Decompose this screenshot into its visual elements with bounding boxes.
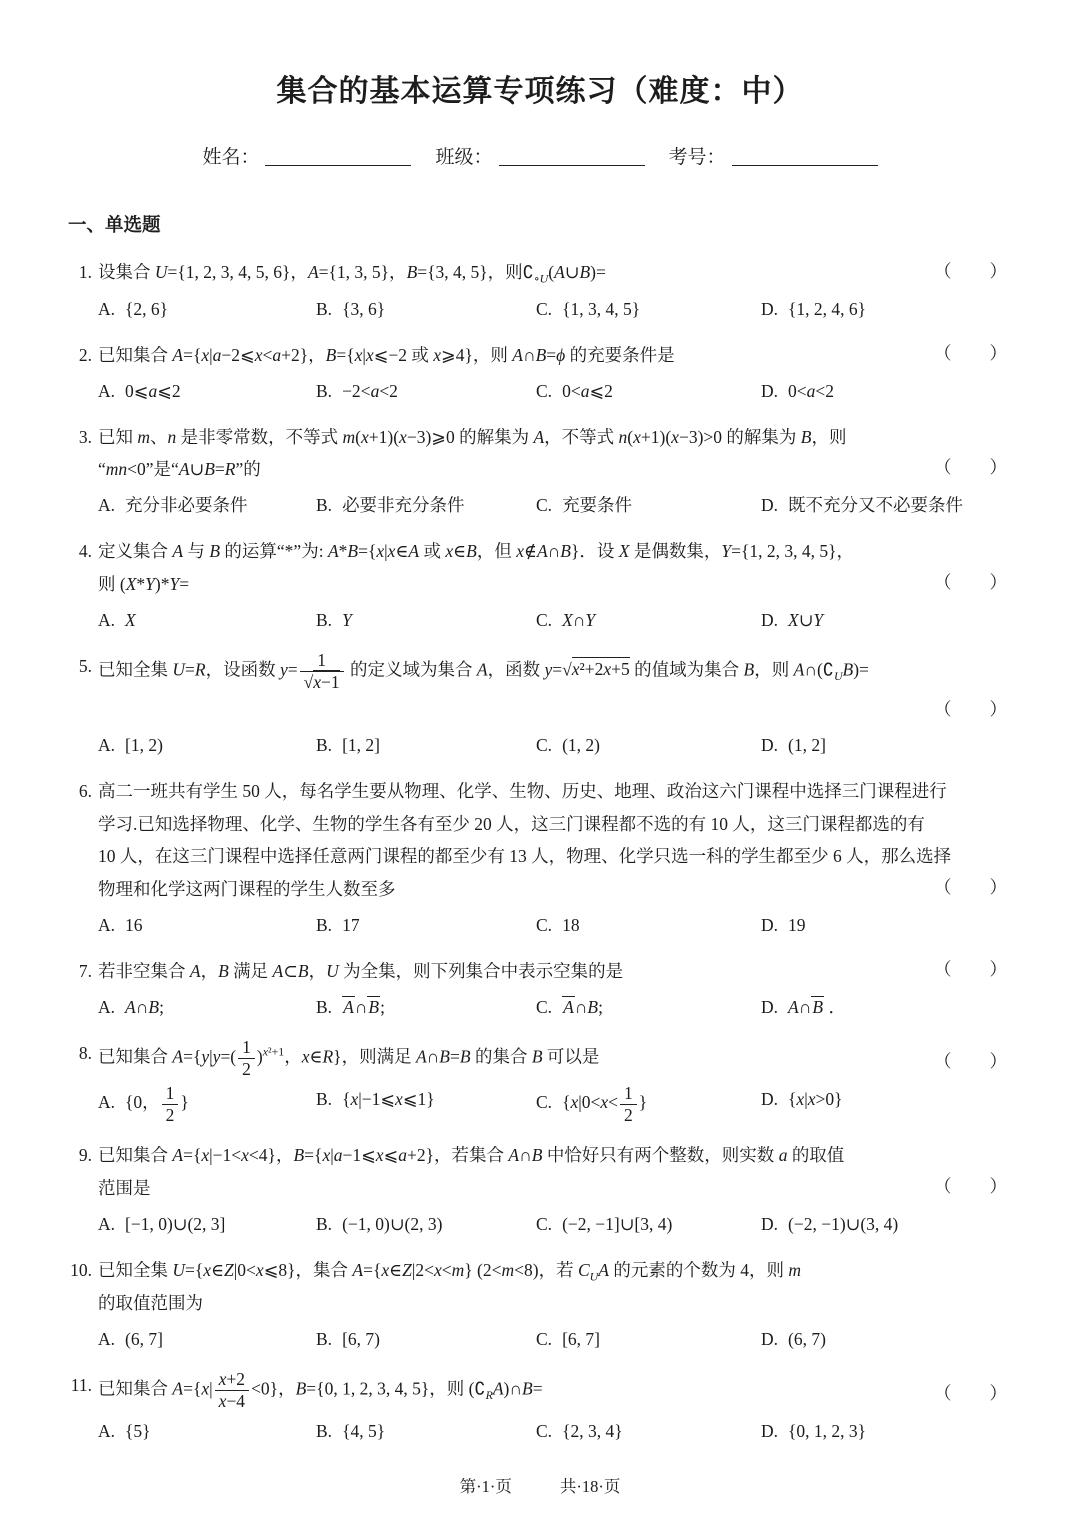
option-label: B. [316, 610, 332, 630]
option-text: (1, 2) [562, 735, 600, 755]
option-text: {4, 5} [342, 1421, 385, 1441]
option-label: C. [536, 1421, 552, 1441]
option-text: 必要非充分条件 [342, 495, 465, 515]
option-text: 0⩽a⩽2 [125, 381, 181, 401]
options-row: A.16B.17C.18D.19 [98, 909, 1010, 942]
option-label: B. [316, 915, 332, 935]
option-label: B. [316, 1329, 332, 1349]
options-row: A.[1, 2)B.[1, 2]C.(1, 2)D.(1, 2] [98, 729, 1010, 762]
name-blank [265, 147, 411, 166]
exam-no-field: 考号： [669, 142, 878, 169]
question-stem: 已知集合 A={x|−1<x<4}，B={x|a−1⩽x⩽a+2}，若集合 A∩… [98, 1139, 1010, 1205]
option-label: D. [761, 495, 778, 515]
option-label: A. [98, 610, 115, 630]
option-D: D.(−2, −1)∪(3, 4) [761, 1208, 1010, 1241]
option-D: D.0<a<2 [761, 375, 1010, 408]
question-number: 11. [68, 1369, 92, 1402]
questions-list: 1. 设集合 U={1, 2, 3, 4, 5, 6}，A={1, 3, 5}，… [0, 237, 1080, 1448]
option-label: A. [98, 735, 115, 755]
name-label: 姓名： [202, 147, 259, 168]
answer-bracket: （ ） [934, 255, 1008, 288]
section-title: 一、单选题 [68, 211, 1080, 237]
option-label: B. [316, 997, 332, 1017]
option-D: D.{1, 2, 4, 6} [761, 293, 1010, 326]
question-11: 11. 已知集合 A={x|x+2x−4<0}，B={0, 1, 2, 3, 4… [68, 1369, 1010, 1448]
question-stem: 已知 m、n 是非零常数，不等式 m(x+1)(x−3)⩾0 的解集为 A，不等… [98, 421, 1010, 487]
exam-no-label: 考号： [669, 147, 726, 168]
option-label: C. [536, 381, 552, 401]
option-B: B.A∩B; [316, 991, 536, 1024]
option-text: [6, 7] [562, 1329, 600, 1349]
question-3: 3. 已知 m、n 是非零常数，不等式 m(x+1)(x−3)⩾0 的解集为 A… [68, 421, 1010, 523]
option-C: C.(−2, −1]∪[3, 4) [536, 1208, 761, 1241]
option-label: C. [536, 1092, 552, 1112]
option-label: B. [316, 735, 332, 755]
answer-bracket: （ ） [934, 337, 1008, 370]
option-label: D. [761, 997, 778, 1017]
option-label: B. [316, 299, 332, 319]
question-stem: 已知集合 A={y|y=(12)x²+1，x∈R}，则满足 A∩B=B 的集合 … [98, 1037, 1010, 1080]
question-number: 5. [68, 650, 92, 683]
class-label: 班级： [435, 147, 492, 168]
option-label: A. [98, 381, 115, 401]
option-A: A.{2, 6} [98, 293, 316, 326]
option-B: B.{x|−1⩽x⩽1} [316, 1083, 536, 1126]
question-8: 8. 已知集合 A={y|y=(12)x²+1，x∈R}，则满足 A∩B=B 的… [68, 1037, 1010, 1126]
option-label: C. [536, 1329, 552, 1349]
option-label: D. [761, 735, 778, 755]
option-label: C. [536, 610, 552, 630]
option-text: {1, 3, 4, 5} [562, 299, 640, 319]
option-text: 充要条件 [562, 495, 632, 515]
question-stem: 已知集合 A={x|x+2x−4<0}，B={0, 1, 2, 3, 4, 5}… [98, 1369, 1010, 1412]
option-text: {1, 2, 4, 6} [788, 299, 866, 319]
option-text: (6, 7) [788, 1329, 826, 1349]
class-field: 班级： [435, 142, 644, 169]
option-A: A.(6, 7] [98, 1323, 316, 1356]
footer-total-pages: 共·18·页 [560, 1473, 621, 1497]
options-row: A.(6, 7]B.[6, 7)C.[6, 7]D.(6, 7) [98, 1323, 1010, 1356]
option-C: C.[6, 7] [536, 1323, 761, 1356]
option-D: D.X∪Y [761, 604, 1010, 637]
option-C: C.{2, 3, 4} [536, 1415, 761, 1448]
option-label: A. [98, 299, 115, 319]
question-9: 9. 已知集合 A={x|−1<x<4}，B={x|a−1⩽x⩽a+2}，若集合… [68, 1139, 1010, 1241]
options-row: A.XB.YC.X∩YD.X∪Y [98, 604, 1010, 637]
option-text: 既不充分又不必要条件 [788, 495, 963, 515]
options-row: A.充分非必要条件B.必要非充分条件C.充要条件D.既不充分又不必要条件 [98, 489, 1010, 522]
answer-bracket: （ ） [934, 871, 1008, 904]
question-stem: 高二一班共有学生 50 人，每名学生要从物理、化学、生物、历史、地理、政治这六门… [98, 775, 1010, 907]
options-row: A.0⩽a⩽2B.−2<a<2C.0<a⩽2D.0<a<2 [98, 375, 1010, 408]
option-label: A. [98, 915, 115, 935]
option-text: {2, 3, 4} [562, 1421, 623, 1441]
page-footer: 第·1·页 共·18·页 [0, 1473, 1080, 1497]
option-B: B.Y [316, 604, 536, 637]
option-text: A∩B; [562, 997, 603, 1017]
option-text: {2, 6} [125, 299, 168, 319]
option-text: {x|x>0} [788, 1089, 843, 1109]
option-label: D. [761, 610, 778, 630]
question-6: 6. 高二一班共有学生 50 人，每名学生要从物理、化学、生物、历史、地理、政治… [68, 775, 1010, 942]
option-text: 充分非必要条件 [125, 495, 248, 515]
option-label: A. [98, 997, 115, 1017]
option-B: B.[6, 7) [316, 1323, 536, 1356]
option-A: A.X [98, 604, 316, 637]
options-row: A.{0，12}B.{x|−1⩽x⩽1}C.{x|0<x<12}D.{x|x>0… [98, 1083, 1010, 1126]
option-text: Y [342, 610, 352, 630]
option-label: A. [98, 1214, 115, 1234]
question-stem: 若非空集合 A，B 满足 A⊂B，U 为全集，则下列集合中表示空集的是（ ） [98, 955, 1010, 988]
option-text: X [125, 610, 136, 630]
question-number: 8. [68, 1037, 92, 1070]
answer-bracket: （ ） [98, 693, 1010, 726]
option-D: D.19 [761, 909, 1010, 942]
option-C: C.(1, 2) [536, 729, 761, 762]
option-text: −2<a<2 [342, 381, 398, 401]
question-number: 6. [68, 775, 92, 808]
option-label: C. [536, 997, 552, 1017]
answer-bracket: （ ） [934, 953, 1008, 986]
option-label: B. [316, 1214, 332, 1234]
name-field: 姓名： [202, 142, 411, 169]
question-stem: 已知全集 U=R，设函数 y=1√x−1 的定义域为集合 A，函数 y=√x²+… [98, 650, 1010, 693]
option-text: [1, 2] [342, 735, 380, 755]
option-label: A. [98, 1329, 115, 1349]
option-label: C. [536, 735, 552, 755]
option-A: A.A∩B; [98, 991, 316, 1024]
option-text: 19 [788, 915, 806, 935]
option-A: A.0⩽a⩽2 [98, 375, 316, 408]
option-text: 17 [342, 915, 360, 935]
option-label: D. [761, 1089, 778, 1109]
option-B: B.−2<a<2 [316, 375, 536, 408]
question-1: 1. 设集合 U={1, 2, 3, 4, 5, 6}，A={1, 3, 5}，… [68, 256, 1010, 326]
option-C: C.0<a⩽2 [536, 375, 761, 408]
options-row: A.[−1, 0)∪(2, 3]B.(−1, 0)∪(2, 3)C.(−2, −… [98, 1208, 1010, 1241]
question-number: 1. [68, 256, 92, 289]
option-A: A.[−1, 0)∪(2, 3] [98, 1208, 316, 1241]
exam-no-blank [732, 147, 878, 166]
question-number: 2. [68, 339, 92, 372]
option-text: (−1, 0)∪(2, 3) [342, 1214, 442, 1234]
question-stem: 已知集合 A={x|a−2⩽x<a+2}，B={x|x⩽−2 或 x⩾4}，则 … [98, 339, 1010, 372]
option-A: A.充分非必要条件 [98, 489, 316, 522]
question-10: 10. 已知全集 U={x∈Z|0<x⩽8}，集合 A={x∈Z|2<x<m} … [68, 1254, 1010, 1357]
question-7: 7. 若非空集合 A，B 满足 A⊂B，U 为全集，则下列集合中表示空集的是（ … [68, 955, 1010, 1024]
question-number: 7. [68, 955, 92, 988]
option-text: [−1, 0)∪(2, 3] [125, 1214, 225, 1234]
option-C: C.{x|0<x<12} [536, 1083, 761, 1126]
option-label: A. [98, 495, 115, 515]
option-text: 18 [562, 915, 580, 935]
option-label: B. [316, 381, 332, 401]
option-B: B.必要非充分条件 [316, 489, 536, 522]
option-C: C.充要条件 [536, 489, 761, 522]
option-A: A.[1, 2) [98, 729, 316, 762]
option-D: D.(1, 2] [761, 729, 1010, 762]
option-text: (1, 2] [788, 735, 826, 755]
option-text: 16 [125, 915, 143, 935]
option-text: A∩B; [342, 997, 385, 1017]
option-D: D.A∩B ． [761, 991, 1010, 1024]
option-A: A.{5} [98, 1415, 316, 1448]
option-D: D.(6, 7) [761, 1323, 1010, 1356]
question-stem: 定义集合 A 与 B 的运算“*”为: A*B={x|x∈A 或 x∈B，但 x… [98, 535, 1010, 601]
class-blank [499, 147, 645, 166]
option-B: B.(−1, 0)∪(2, 3) [316, 1208, 536, 1241]
option-label: C. [536, 299, 552, 319]
option-D: D.既不充分又不必要条件 [761, 489, 1010, 522]
question-number: 3. [68, 421, 92, 454]
option-text: {x|0<x<12} [562, 1092, 647, 1112]
option-text: [6, 7) [342, 1329, 380, 1349]
option-label: C. [536, 1214, 552, 1234]
question-number: 10. [68, 1254, 92, 1287]
question-number: 9. [68, 1139, 92, 1172]
option-label: D. [761, 1329, 778, 1349]
page-title: 集合的基本运算专项练习（难度：中） [0, 0, 1080, 110]
answer-bracket: （ ） [934, 451, 1008, 484]
option-text: {3, 6} [342, 299, 385, 319]
option-label: A. [98, 1421, 115, 1441]
option-text: {0，12} [125, 1092, 189, 1112]
question-stem: 设集合 U={1, 2, 3, 4, 5, 6}，A={1, 3, 5}，B={… [98, 256, 1010, 290]
option-label: C. [536, 915, 552, 935]
options-row: A.{5}B.{4, 5}C.{2, 3, 4}D.{0, 1, 2, 3} [98, 1415, 1010, 1448]
option-label: A. [98, 1092, 115, 1112]
worksheet-page: 集合的基本运算专项练习（难度：中） 姓名： 班级： 考号： 一、单选题 1. 设… [0, 0, 1080, 1527]
option-label: D. [761, 299, 778, 319]
option-label: C. [536, 495, 552, 515]
option-text: {0, 1, 2, 3} [788, 1421, 866, 1441]
option-D: D.{0, 1, 2, 3} [761, 1415, 1010, 1448]
option-A: A.16 [98, 909, 316, 942]
option-text: A∩B ． [788, 997, 846, 1017]
option-C: C.X∩Y [536, 604, 761, 637]
option-C: C.{1, 3, 4, 5} [536, 293, 761, 326]
option-C: C.18 [536, 909, 761, 942]
question-stem: 已知全集 U={x∈Z|0<x⩽8}，集合 A={x∈Z|2<x<m} (2<m… [98, 1254, 1010, 1321]
option-text: (−2, −1)∪(3, 4) [788, 1214, 898, 1234]
option-D: D.{x|x>0} [761, 1083, 1010, 1126]
footer-page-number: 第·1·页 [460, 1473, 512, 1497]
options-row: A.A∩B;B.A∩B;C.A∩B;D.A∩B ． [98, 991, 1010, 1024]
option-B: B.{3, 6} [316, 293, 536, 326]
option-A: A.{0，12} [98, 1083, 316, 1126]
answer-bracket: （ ） [934, 1377, 1008, 1410]
option-label: D. [761, 381, 778, 401]
student-info-row: 姓名： 班级： 考号： [0, 142, 1080, 169]
option-text: [1, 2) [125, 735, 163, 755]
option-text: 0<a<2 [788, 381, 834, 401]
option-text: (−2, −1]∪[3, 4) [562, 1214, 672, 1234]
option-B: B.[1, 2] [316, 729, 536, 762]
option-label: B. [316, 1421, 332, 1441]
option-text: {5} [125, 1421, 151, 1441]
option-C: C.A∩B; [536, 991, 761, 1024]
question-2: 2. 已知集合 A={x|a−2⩽x<a+2}，B={x|x⩽−2 或 x⩾4}… [68, 339, 1010, 408]
option-label: B. [316, 1089, 332, 1109]
question-4: 4. 定义集合 A 与 B 的运算“*”为: A*B={x|x∈A 或 x∈B，… [68, 535, 1010, 637]
option-text: 0<a⩽2 [562, 381, 613, 401]
option-text: X∩Y [562, 610, 595, 630]
option-text: (6, 7] [125, 1329, 163, 1349]
option-label: B. [316, 495, 332, 515]
question-5: 5. 已知全集 U=R，设函数 y=1√x−1 的定义域为集合 A，函数 y=√… [68, 650, 1010, 762]
question-number: 4. [68, 535, 92, 568]
answer-bracket: （ ） [934, 566, 1008, 599]
option-B: B.17 [316, 909, 536, 942]
option-text: A∩B; [125, 997, 164, 1017]
option-label: D. [761, 915, 778, 935]
answer-bracket: （ ） [934, 1045, 1008, 1078]
option-label: D. [761, 1421, 778, 1441]
option-label: D. [761, 1214, 778, 1234]
option-text: X∪Y [788, 610, 823, 630]
option-B: B.{4, 5} [316, 1415, 536, 1448]
option-text: {x|−1⩽x⩽1} [342, 1089, 435, 1109]
answer-bracket: （ ） [934, 1170, 1008, 1203]
options-row: A.{2, 6}B.{3, 6}C.{1, 3, 4, 5}D.{1, 2, 4… [98, 293, 1010, 326]
